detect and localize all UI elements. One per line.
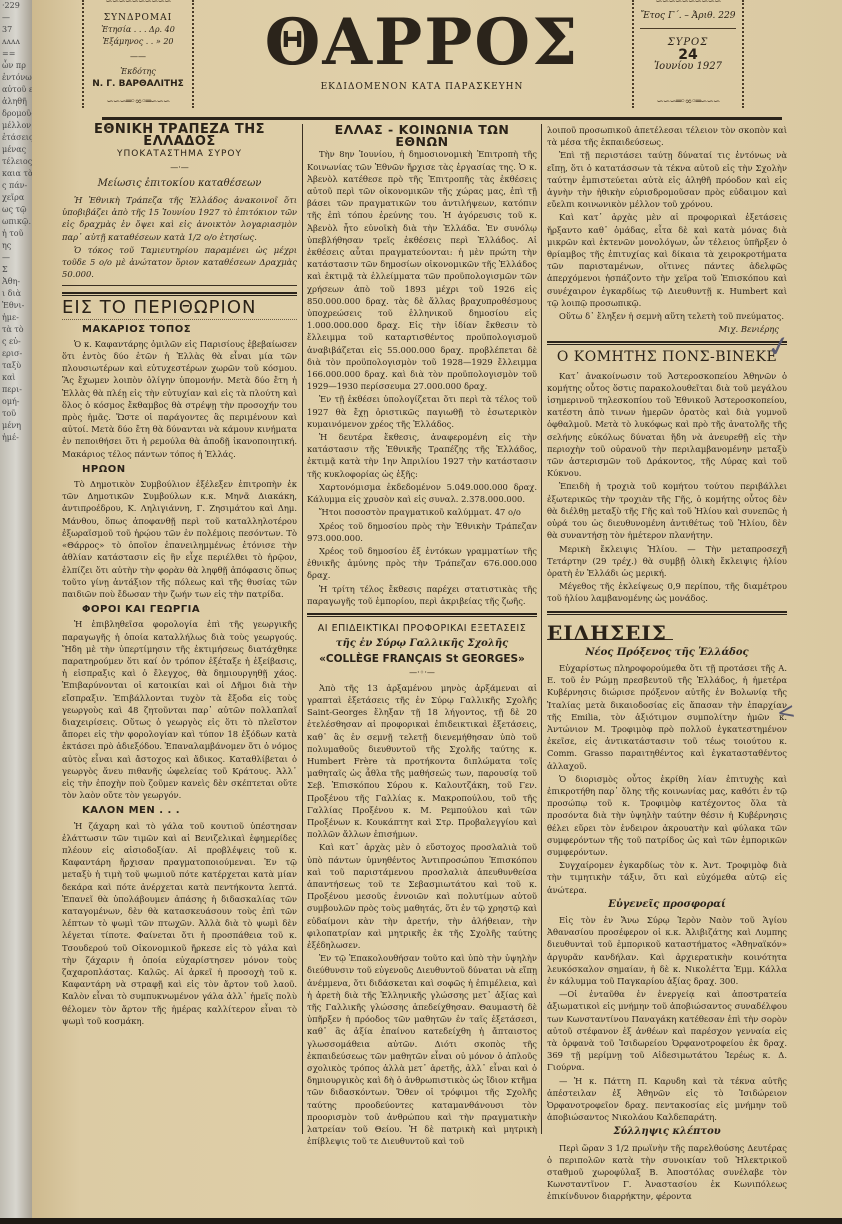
margin-fragment: ωπικῷ. <box>0 216 32 228</box>
subscriptions-box: ∽∽∽∽∽∽∽∽∽∽ ΣΥΝΔΡΟΜΑΙ Ἐτησία . . . Δρ. 40… <box>82 0 194 108</box>
article-paragraph: Χρέος τοῦ δημοσίου πρὸς τὴν Ἐθνικὴν Τράπ… <box>307 520 537 544</box>
article-paragraph: Μερικὴ ἔκλειψις Ἡλίου. — Τὴν μεταπροσεχῆ… <box>547 543 787 580</box>
margin-fragment: τοῦ <box>0 408 32 420</box>
section-heading: ΚΑΛΟΝ ΜΕΝ . . . <box>82 805 297 817</box>
article-paragraph: Ἐπὶ τῇ περιστάσει ταύτῃ δύναταί τις ἐντό… <box>547 149 787 210</box>
section-heading: ΦΟΡΟΙ ΚΑΙ ΓΕΩΡΓΙΑ <box>82 604 297 616</box>
exams-title: ΑΙ ΕΠΙΔΕΙΚΤΙΚΑΙ ΠΡΟΦΟΡΙΚΑΙ ΕΞΕΤΑΣΕΙΣ <box>307 623 537 635</box>
article-paragraph: Κατ᾽ ἀνακοίνωσιν τοῦ Ἀστεροσκοπείου Ἀθην… <box>547 370 787 480</box>
bank-title: ΕΘΝΙΚΗ ΤΡΑΠΕΖΑ ΤΗΣ ΕΛΛΑΔΟΣ <box>62 124 297 148</box>
margin-fragment: περι- <box>0 384 32 396</box>
section-rule <box>547 611 787 615</box>
article-paragraph: Μέγεθος τῆς ἐκλείψεως 0,9 περίπου, τῆς δ… <box>547 580 787 604</box>
margin-fragment: ς πάν- <box>0 180 32 192</box>
article-paragraph: Ἤτοι ποσοστὸν πραγματικοῦ καλύμματ. 47 ο… <box>307 506 537 518</box>
margin-fragment: ·229 <box>0 0 32 12</box>
section-heading: ΜΑΚΑΡΙΟΣ ΤΟΠΟΣ <box>82 324 297 336</box>
pencil-checkmark-icon: ✓ <box>764 328 793 365</box>
subscriptions-title: ΣΥΝΔΡΟΜΑΙ <box>84 12 192 24</box>
news-paragraph: Εὐχαρίστως πληροφορούμεθα ὅτι τῇ προτάσε… <box>547 662 787 772</box>
scan-edge <box>0 1218 842 1224</box>
margin-fragment: χεῖρα <box>0 192 32 204</box>
adjacent-page-strip: ·229—37ʌʌʌʌ==ὧν πρἐντόνωςαὐτοῦ εἰἀληθῆδρ… <box>0 0 32 1224</box>
news-title: ΕΙΔΗΣΕΙΣ <box>547 627 673 640</box>
article-paragraph: Χαρτονόμισμα ἐκδεδομένον 5.049.000.000 δ… <box>307 481 537 505</box>
article-paragraph: Ὁ κ. Καφαντάρης ὁμιλῶν εἰς Παρισίους ἐβε… <box>62 338 297 460</box>
margin-fragment: ς εὐ- <box>0 336 32 348</box>
news-paragraph: —Οἱ ἐνταῦθα ἐν ἐνεργείᾳ καὶ ἀποστρατεία … <box>547 988 787 1073</box>
masthead: ∽∽∽∽∽∽∽∽∽∽ ΣΥΝΔΡΟΜΑΙ Ἐτησία . . . Δρ. 40… <box>52 0 822 118</box>
separator: —·◦·— <box>307 667 537 679</box>
margin-fragment: ερισ- <box>0 348 32 360</box>
article-paragraph: Καὶ κατ᾽ ἀρχὰς μὲν αἱ προφορικαὶ ἐξετάσε… <box>547 211 787 309</box>
news-heading: Νέος Πρόξενος τῆς Ἑλλάδος <box>547 647 787 659</box>
bank-paragraph: Ἡ Ἐθνικὴ Τράπεζα τῆς Ἑλλάδος ἀνακοινοῖ ὅ… <box>62 194 297 243</box>
section-rule <box>547 341 787 345</box>
bank-notice: ΕΘΝΙΚΗ ΤΡΑΠΕΖΑ ΤΗΣ ΕΛΛΑΔΟΣ ΥΠΟΚΑΤΑΣΤΗΜΑ … <box>62 124 297 286</box>
section-rule <box>307 613 537 617</box>
margin-fragment: — <box>0 12 32 24</box>
bank-heading: Μείωσις ἐπιτοκίου καταθέσεων <box>62 178 297 190</box>
bank-paragraph: Ὁ τόκος τοῦ Ταμιευτηρίου παραμένει ὡς μέ… <box>62 244 297 281</box>
margin-fragment: αὐτοῦ εἰ <box>0 84 32 96</box>
margin-fragment: τέλειος <box>0 156 32 168</box>
margin-fragment: ταξὺ <box>0 360 32 372</box>
margin-fragment: == <box>0 48 32 60</box>
margin-fragment: ἡμέ- <box>0 432 32 444</box>
margin-fragment: — <box>0 252 32 264</box>
issue-date-box: ∽∽∽∽∽∽∽∽∽∽ Ἔτος Γ΄. – Ἀριθ. 229 ΣΥΡΟΣ 24… <box>632 0 744 108</box>
section-heading: ΗΡΩΟΝ <box>82 464 297 476</box>
news-heading: Εὐγενεῖς προσφοραί <box>547 899 787 911</box>
separator: —·— <box>62 162 297 174</box>
periphery-title: ΕΙΣ ΤΟ ΠΕΡΙΘΩΡΙΟΝ <box>62 302 297 314</box>
separator: —— <box>84 51 192 63</box>
margin-fragment: ἡμε- <box>0 312 32 324</box>
ornament-top: ∽∽∽∽∽∽∽∽∽∽ <box>634 0 742 8</box>
article-paragraph: Καὶ κατ᾽ ἀρχὰς μὲν ὁ εὔστοχος προσλαλιὰ … <box>307 841 537 951</box>
ornament-icon: ∽∽∽═◦∞◦═∽∽∽ <box>84 96 192 108</box>
article-paragraph: Χρέος τοῦ δημοσίου ἐξ ἐντόκων γραμματίων… <box>307 545 537 582</box>
dotted-rule <box>62 319 297 320</box>
school-name: «COLLÈGE FRANÇAIS St GEORGES» <box>307 653 537 665</box>
newspaper-title: ΘΑΡΡΟΣ <box>242 6 602 80</box>
news-paragraph: Συγχαίρομεν ἐγκαρδίως τὸν κ. Ἀντ. Τροφιμ… <box>547 859 787 896</box>
issue-month-year: Ἰουνίου 1927 <box>634 61 742 73</box>
margin-fragment: τὰ τὸ <box>0 324 32 336</box>
column-1: ΕΘΝΙΚΗ ΤΡΑΠΕΖΑ ΤΗΣ ΕΛΛΑΔΟΣ ΥΠΟΚΑΤΑΣΤΗΜΑ … <box>62 124 297 1028</box>
article-paragraph: Ἐν τῷ Ἐπακολουθήσαν τοῦτο καὶ ὑπὸ τὴν ὑψ… <box>307 952 537 1147</box>
margin-fragment: Ἐθνι- <box>0 300 32 312</box>
article-paragraph: Ἐπειδὴ ἡ τροχιὰ τοῦ κομήτου τούτου περιβ… <box>547 480 787 541</box>
margin-fragment: δρομοῦ- <box>0 108 32 120</box>
article-paragraph: λοιποῦ προσωπικοῦ ἀπετέλεσαι τέλειον τὸν… <box>547 124 787 148</box>
publisher-name: Ν. Γ. ΒΑΡΘΑΛΙΤΗΣ <box>84 78 192 90</box>
column-3: λοιποῦ προσωπικοῦ ἀπετέλεσαι τέλειον τὸν… <box>547 124 787 1204</box>
author-signature: Μιχ. Βενιέρης <box>547 323 787 335</box>
tagline: ΕΚΔΙΔΟΜΕΝΟΝ ΚΑΤΑ ΠΑΡΑΣΚΕΥΗΝ <box>242 82 602 92</box>
margin-fragment: ἐντόνως <box>0 72 32 84</box>
news-paragraph: Εἰς τὸν ἐν Ἄνω Σύρῳ Ἱερὸν Ναὸν τοῦ Ἁγίου… <box>547 914 787 987</box>
news-paragraph: — Ἡ κ. Πάττη Π. Καρυδη καὶ τὰ τέκνα αὐτῆ… <box>547 1075 787 1124</box>
margin-fragment: ης <box>0 240 32 252</box>
article-paragraph: Ἡ δευτέρα ἔκθεσις, ἀναφερομένη εἰς τὴν κ… <box>307 431 537 480</box>
article-paragraph: Τὸ Δημοτικὸν Συμβούλιον ἐξέλεξεν ἐπιτροπ… <box>62 478 297 600</box>
comet-title: Ο ΚΟΜΗΤΗΣ ΠΟΝΣ-ΒΙΝΕΚΕ <box>547 351 787 363</box>
pencil-arrow-icon: < <box>775 699 797 727</box>
margin-fragment: ἐτάσεις <box>0 132 32 144</box>
bank-subtitle: ΥΠΟΚΑΤΑΣΤΗΜΑ ΣΥΡΟΥ <box>62 148 297 160</box>
margin-fragment: μένας <box>0 144 32 156</box>
publisher-label: Ἐκδότης <box>84 66 192 78</box>
news-heading: Σύλληψις κλέπτου <box>547 1126 787 1138</box>
margin-fragment: μένη <box>0 420 32 432</box>
margin-fragment: καὶ <box>0 372 32 384</box>
article-paragraph: Οὕτω δ᾽ ἔληξεν ἡ σεμνὴ αὕτη τελετὴ τοῦ π… <box>547 310 787 322</box>
masthead-rule <box>102 117 782 120</box>
margin-fragment: ι διὰ <box>0 288 32 300</box>
margin-fragment: ἡ τοῦ <box>0 228 32 240</box>
article-paragraph: Ἡ ζάχαρη καὶ τὸ γάλα τοῦ κουτιοῦ ὑπέστησ… <box>62 820 297 1027</box>
margin-fragment: 37 <box>0 24 32 36</box>
margin-fragment: Ἀθη- <box>0 276 32 288</box>
article-paragraph: Ἐν τῇ ἐκθέσει ὑπολογίζεται ὅτι περὶ τὰ τ… <box>307 393 537 430</box>
newspaper-page: ∽∽∽∽∽∽∽∽∽∽ ΣΥΝΔΡΟΜΑΙ Ἐτησία . . . Δρ. 40… <box>32 0 842 1224</box>
news-paragraph: Περὶ ὥραν 3 1/2 πρωϊνὴν τῆς παρελθούσης … <box>547 1142 787 1203</box>
subscription-semiannual: Ἑξάμηνος . . » 20 <box>84 36 192 48</box>
column-2: ΕΛΛΑΣ - ΚΟΙΝΩΝΙΑ ΤΩΝ ΕΘΝΩΝ Τὴν 8ην Ἰουνί… <box>302 124 542 1134</box>
section-rule <box>62 292 297 296</box>
issue-day: 24 <box>634 49 742 61</box>
margin-fragment: ως τῷ <box>0 204 32 216</box>
margin-fragment: ομή- <box>0 396 32 408</box>
subscription-annual: Ἐτησία . . . Δρ. 40 <box>84 24 192 36</box>
margin-fragment: ὧν πρ <box>0 60 32 72</box>
article-paragraph: Ἀπὸ τῆς 13 ἀρξαμένου μηνὸς ἀρξάμεναι αἱ … <box>307 682 537 841</box>
ornament-icon: ∽∽∽═◦∞◦═∽∽∽ <box>634 96 742 108</box>
article-paragraph: Τὴν 8ην Ἰουνίου, ἡ δημοσιονομικὴ Ἐπιτροπ… <box>307 148 537 392</box>
margin-fragment: μέλλον <box>0 120 32 132</box>
league-title: ΕΛΛΑΣ - ΚΟΙΝΩΝΙΑ ΤΩΝ ΕΘΝΩΝ <box>307 124 537 148</box>
margin-fragment: ἀληθῆ <box>0 96 32 108</box>
exams-subtitle: τῆς ἐν Σύρῳ Γαλλικῆς Σχολῆς <box>307 638 537 650</box>
margin-fragment: Σ <box>0 264 32 276</box>
article-paragraph: Ἡ ἐπιβληθεῖσα φορολογία ἐπὶ τῆς γεωργικῆ… <box>62 618 297 801</box>
margin-fragment: καια τὰ <box>0 168 32 180</box>
ornament-top: ∽∽∽∽∽∽∽∽∽∽ <box>84 0 192 8</box>
news-paragraph: Ὁ διορισμὸς οὗτος ἐκρίθη λίαν ἐπιτυχὴς κ… <box>547 773 787 858</box>
margin-fragment: ʌʌʌʌ <box>0 36 32 48</box>
article-paragraph: Ἡ τρίτη τέλος ἔκθεσις παρέχει στατιστικὰ… <box>307 583 537 607</box>
